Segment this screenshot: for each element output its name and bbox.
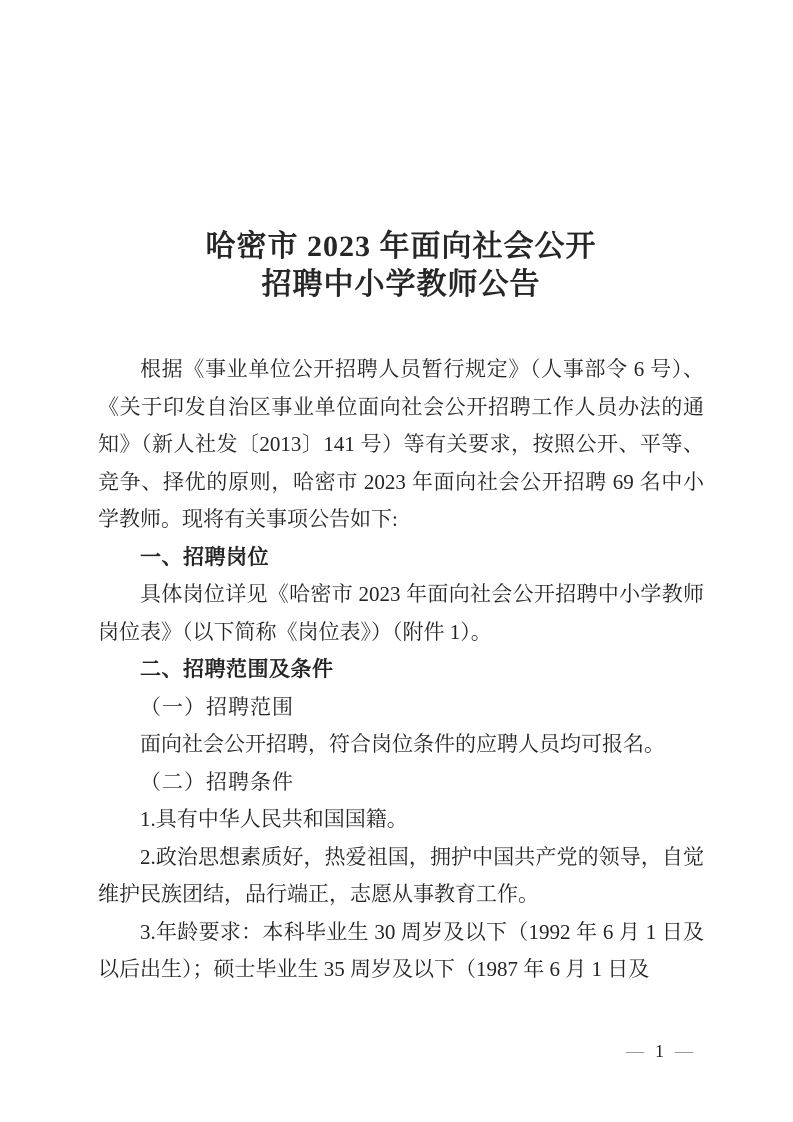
title-line-2: 招聘中小学教师公告 [98,266,704,304]
page-number-dash-left: — [626,1041,644,1061]
page-number-value: 1 [644,1041,675,1061]
paragraph-intro: 根据《事业单位公开招聘人员暂行规定》（人事部令 6 号）、《关于印发自治区事业单… [98,351,704,539]
condition-item-age: 3.年龄要求：本科毕业生 30 周岁及以下（1992 年 6 月 1 日及以后出… [98,914,704,989]
document-title: 哈密市 2023 年面向社会公开 招聘中小学教师公告 [98,228,704,304]
paragraph-recruitment-scope: 面向社会公开招聘，符合岗位条件的应聘人员均可报名。 [98,726,704,764]
condition-item-nationality: 1.具有中华人民共和国国籍。 [98,801,704,839]
document-page: 哈密市 2023 年面向社会公开 招聘中小学教师公告 根据《事业单位公开招聘人员… [0,0,793,1122]
condition-item-political: 2.政治思想素质好，热爱祖国，拥护中国共产党的领导，自觉维护民族团结，品行端正，… [98,839,704,914]
paragraph-position-details: 具体岗位详见《哈密市 2023 年面向社会公开招聘中小学教师岗位表》（以下简称《… [98,576,704,651]
section-heading-recruitment-positions: 一、招聘岗位 [98,539,704,577]
page-number-dash-right: — [675,1041,693,1061]
document-body: 根据《事业单位公开招聘人员暂行规定》（人事部令 6 号）、《关于印发自治区事业单… [98,351,704,989]
section-heading-scope-and-conditions: 二、招聘范围及条件 [98,651,704,689]
subsection-heading-recruitment-scope: （一）招聘范围 [98,689,704,727]
subsection-heading-recruitment-conditions: （二）招聘条件 [98,764,704,802]
title-line-1: 哈密市 2023 年面向社会公开 [98,228,704,266]
page-number: —1— [626,1038,693,1064]
